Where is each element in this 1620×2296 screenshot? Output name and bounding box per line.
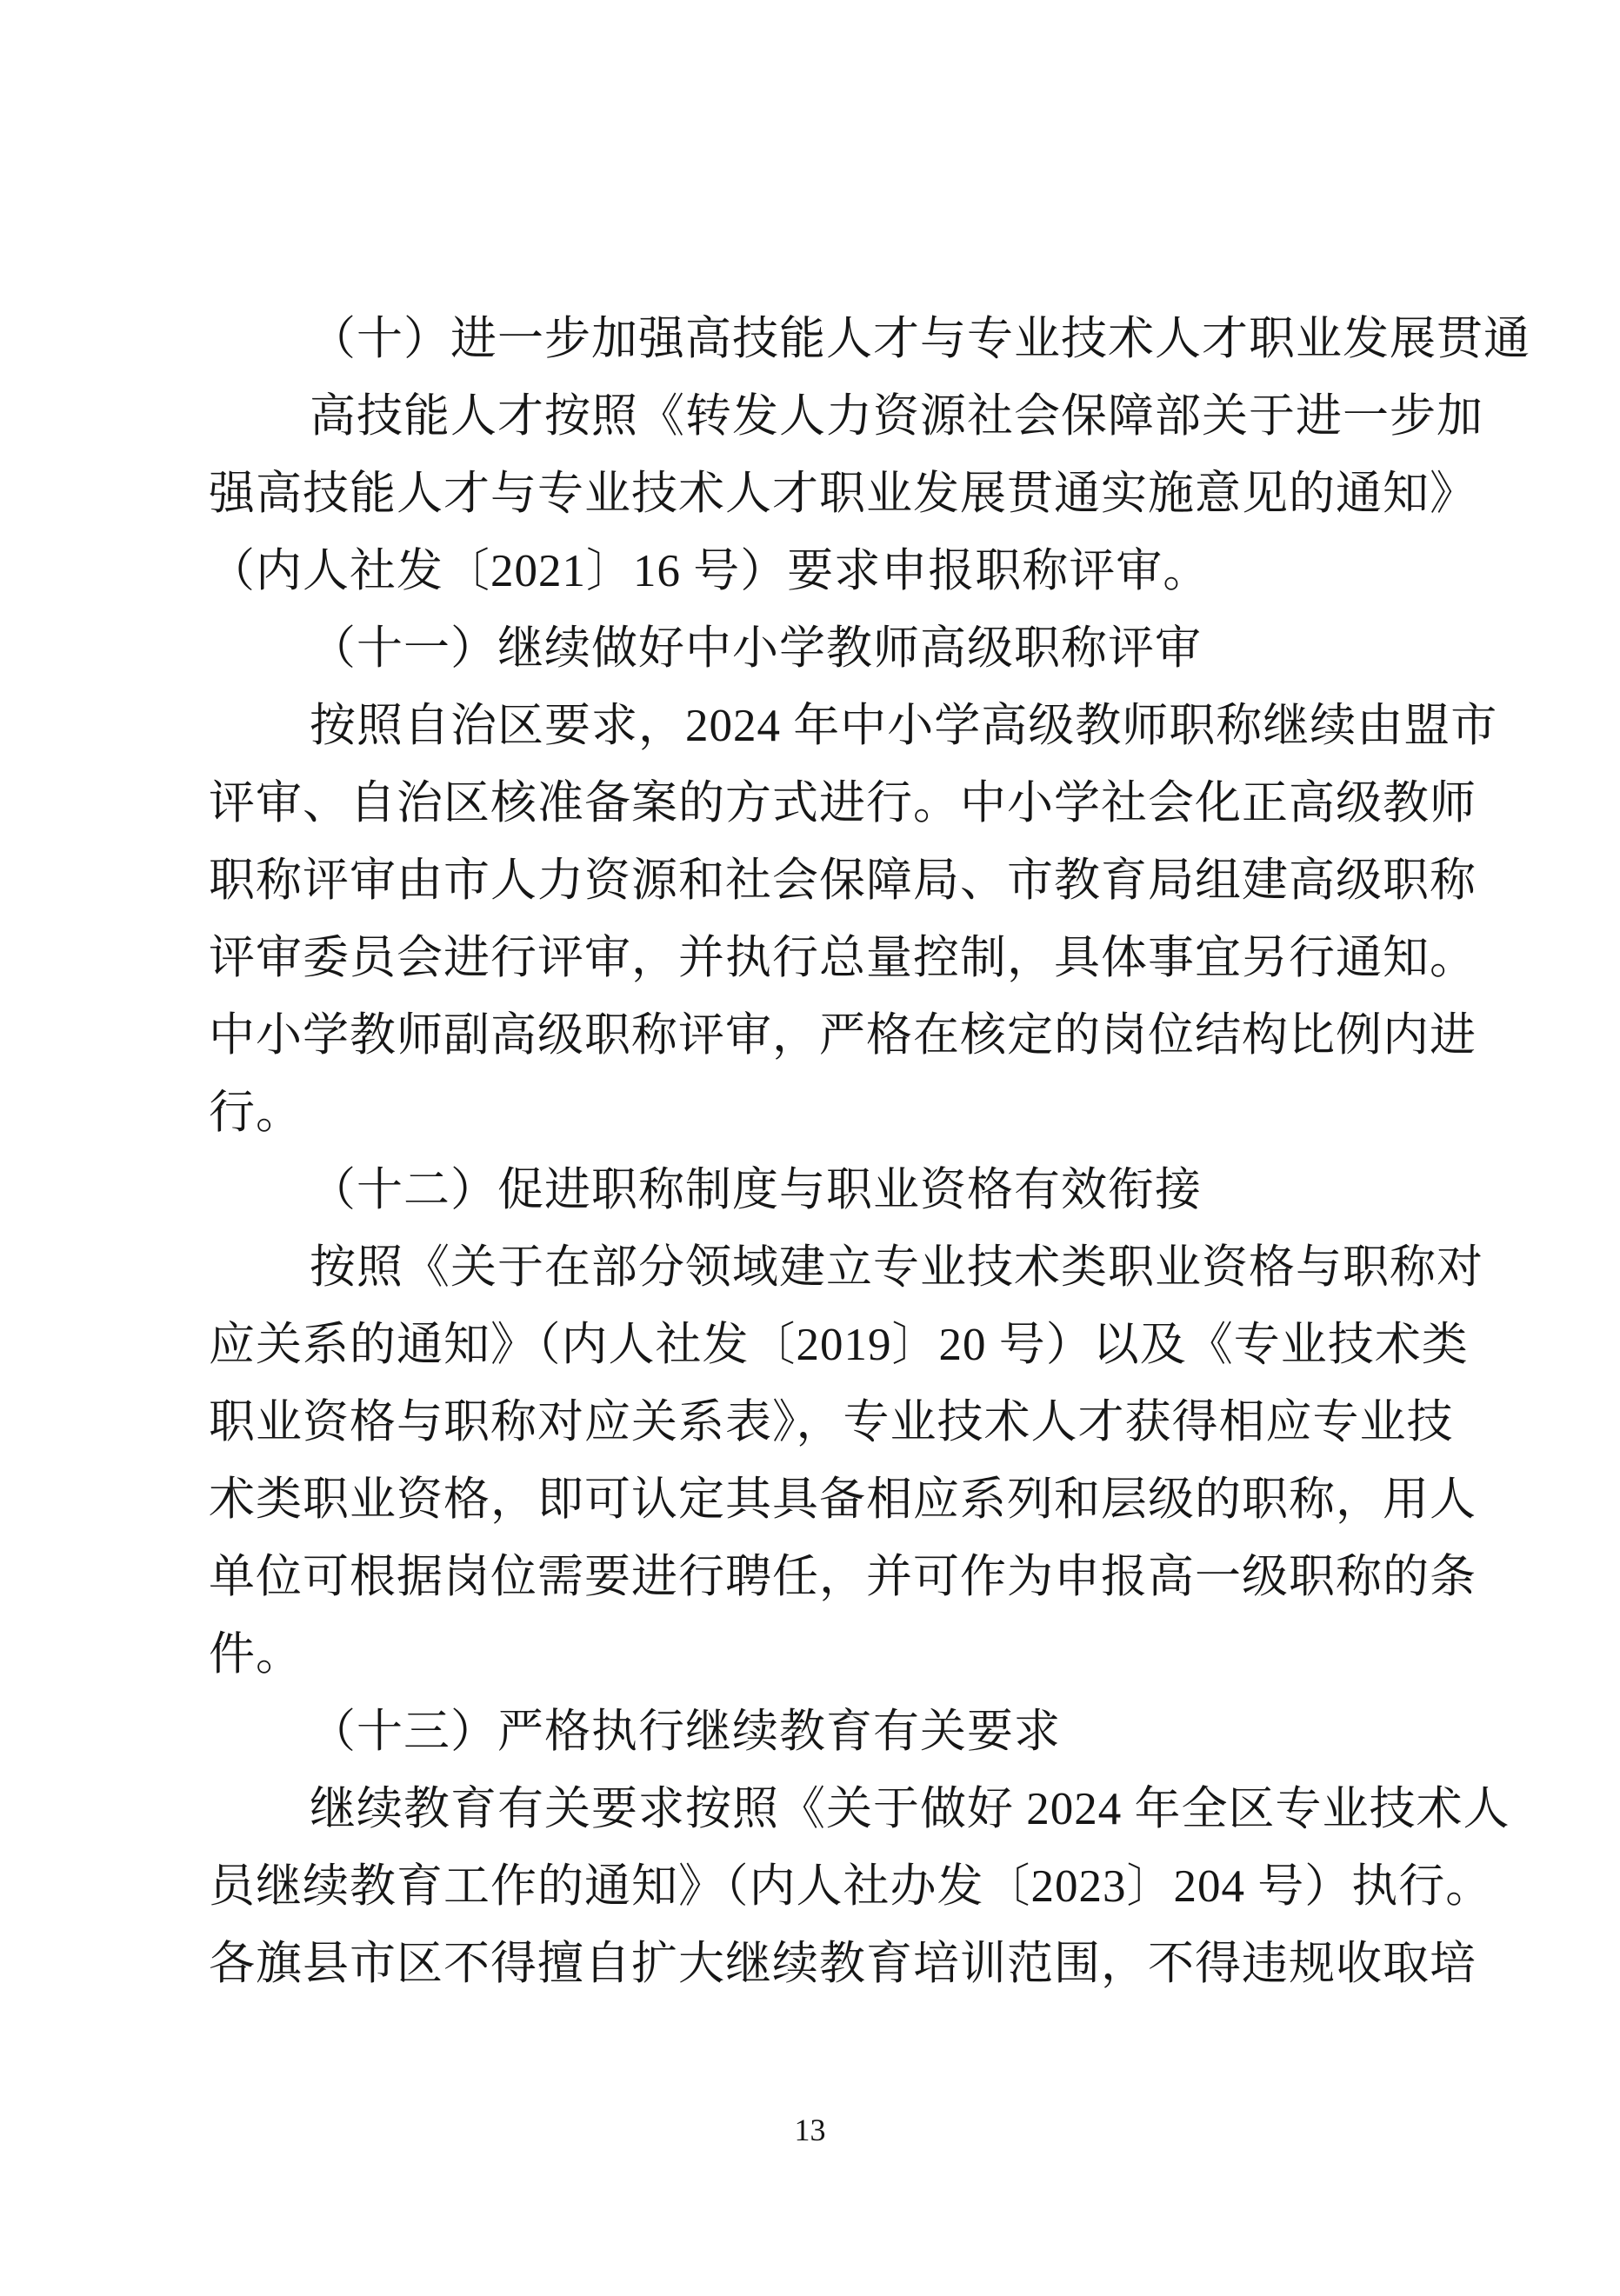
text-line: 评审委员会进行评审，并执行总量控制，具体事宜另行通知。 xyxy=(209,920,1496,997)
text-line: 职称评审由市人力资源和社会保障局、市教育局组建高级职称 xyxy=(209,842,1496,920)
text-line: （内人社发〔2021〕16 号）要求申报职称评审。 xyxy=(209,533,1496,610)
section-heading-11: （十一）继续做好中小学教师高级职称评审 xyxy=(209,610,1496,688)
section-heading-10: （十）进一步加强高技能人才与专业技术人才职业发展贯通 xyxy=(209,301,1496,378)
document-page: （十）进一步加强高技能人才与专业技术人才职业发展贯通 高技能人才按照《转发人力资… xyxy=(0,0,1620,2296)
text-line: 应关系的通知》（内人社发〔2019〕20 号）以及《专业技术类 xyxy=(209,1307,1496,1384)
document-text-block: （十）进一步加强高技能人才与专业技术人才职业发展贯通 高技能人才按照《转发人力资… xyxy=(209,301,1496,2003)
text-line: 高技能人才按照《转发人力资源社会保障部关于进一步加 xyxy=(209,378,1496,456)
text-line: 继续教育有关要求按照《关于做好 2024 年全区专业技术人 xyxy=(209,1771,1496,1848)
text-line: 中小学教师副高级职称评审，严格在核定的岗位结构比例内进 xyxy=(209,997,1496,1075)
section-heading-13: （十三）严格执行继续教育有关要求 xyxy=(209,1694,1496,1771)
text-line: 评审、自治区核准备案的方式进行。中小学社会化正高级教师 xyxy=(209,765,1496,842)
text-line: 术类职业资格，即可认定其具备相应系列和层级的职称，用人 xyxy=(209,1461,1496,1539)
text-line: 强高技能人才与专业技术人才职业发展贯通实施意见的通知》 xyxy=(209,456,1496,533)
text-line: 职业资格与职称对应关系表》，专业技术人才获得相应专业技 xyxy=(209,1384,1496,1461)
section-heading-12: （十二）促进职称制度与职业资格有效衔接 xyxy=(209,1152,1496,1229)
page-number: 13 xyxy=(0,2111,1620,2149)
text-line: 按照自治区要求，2024 年中小学高级教师职称继续由盟市 xyxy=(209,688,1496,765)
text-line: 按照《关于在部分领域建立专业技术类职业资格与职称对 xyxy=(209,1229,1496,1307)
text-line: 各旗县市区不得擅自扩大继续教育培训范围，不得违规收取培 xyxy=(209,1926,1496,2003)
text-line: 员继续教育工作的通知》（内人社办发〔2023〕204 号）执行。 xyxy=(209,1848,1496,1926)
text-line: 件。 xyxy=(209,1616,1496,1694)
text-line: 行。 xyxy=(209,1075,1496,1152)
text-line: 单位可根据岗位需要进行聘任，并可作为申报高一级职称的条 xyxy=(209,1539,1496,1616)
